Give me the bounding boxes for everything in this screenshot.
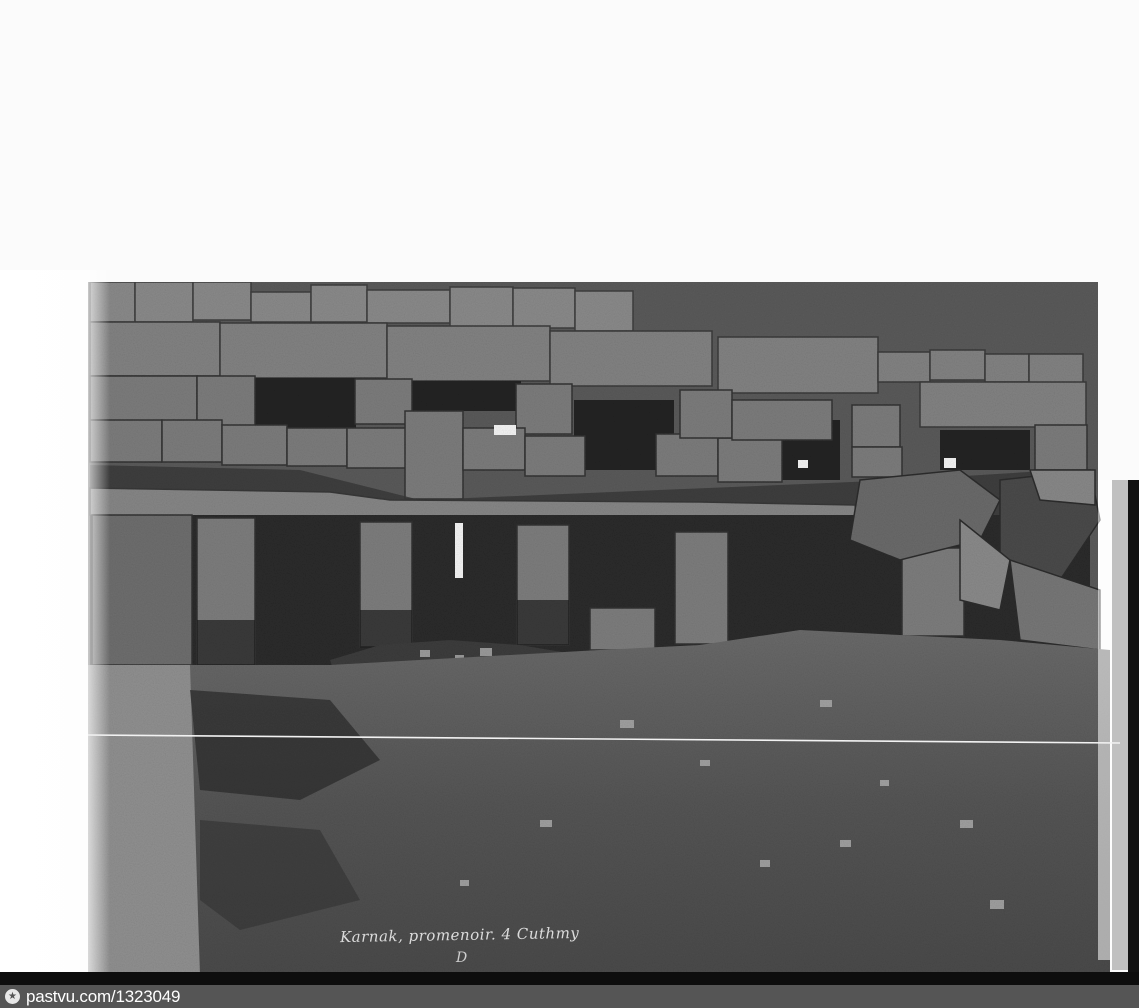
source-footer-bar: ★ pastvu.com/1323049 xyxy=(0,985,1139,1008)
source-url[interactable]: pastvu.com/1323049 xyxy=(26,987,180,1007)
handwritten-mark: D xyxy=(456,950,467,966)
photograph: Karnak, promenoir. 4 Cuthmy D xyxy=(0,0,1139,985)
ruins-illustration xyxy=(0,0,1139,985)
star-badge-icon: ★ xyxy=(5,989,20,1004)
